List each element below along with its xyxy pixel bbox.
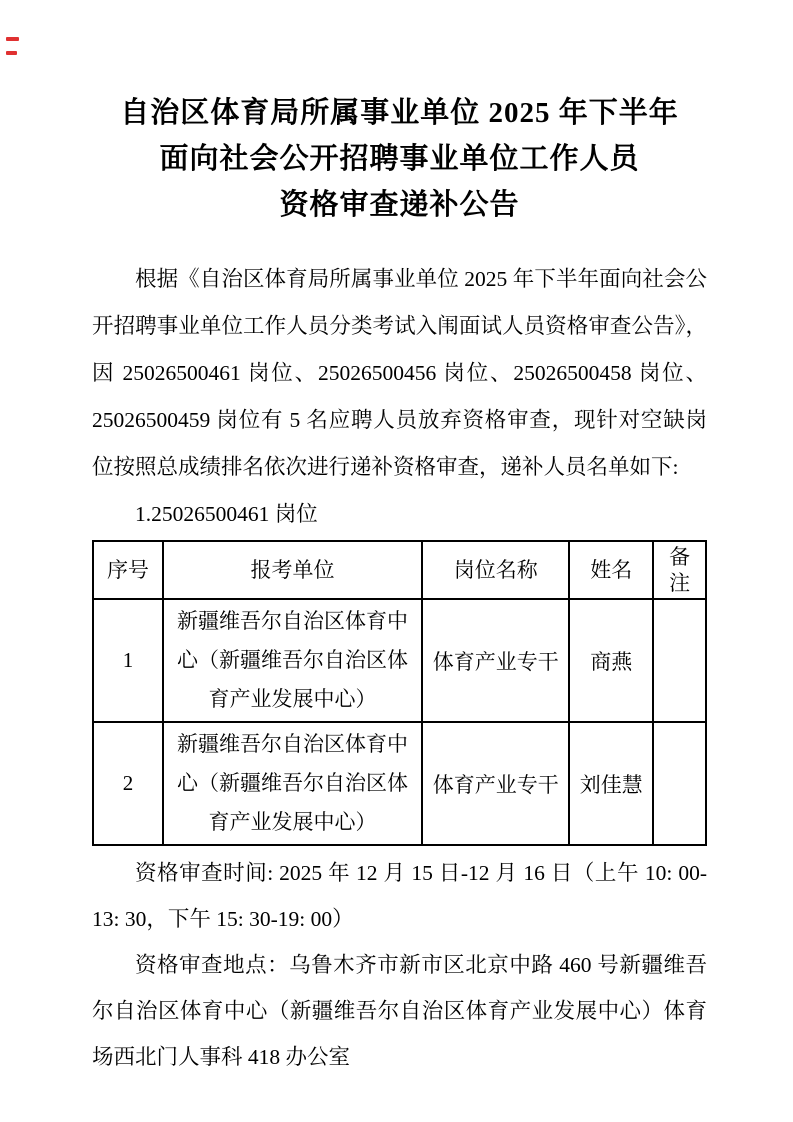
remark-cell — [653, 599, 706, 722]
col-header-unit: 报考单位 — [163, 541, 422, 599]
title-line-2: 面向社会公开招聘事业单位工作人员 — [92, 136, 707, 182]
position-cell: 体育产业专干 — [422, 722, 569, 845]
name-cell: 商燕 — [569, 599, 653, 722]
title-line-3: 资格审查递补公告 — [92, 182, 707, 228]
review-location-paragraph: 资格审查地点：乌鲁木齐市新市区北京中路 460 号新疆维吾尔自治区体育中心（新疆… — [92, 942, 707, 1080]
page-title: 自治区体育局所属事业单位 2025 年下半年 面向社会公开招聘事业单位工作人员 … — [92, 90, 707, 228]
col-header-remark: 备注 — [653, 541, 706, 599]
name-cell: 刘佳慧 — [569, 722, 653, 845]
col-header-name: 姓名 — [569, 541, 653, 599]
col-header-position: 岗位名称 — [422, 541, 569, 599]
seq-cell: 1 — [93, 599, 163, 722]
seq-cell: 2 — [93, 722, 163, 845]
red-pen-mark — [6, 51, 17, 55]
section-label: 1.25026500461 岗位 — [92, 491, 707, 538]
position-cell: 体育产业专干 — [422, 599, 569, 722]
unit-cell: 新疆维吾尔自治区体育中心（新疆维吾尔自治区体育产业发展中心） — [163, 599, 422, 722]
footer-paragraphs: 资格审查时间: 2025 年 12 月 15 日-12 月 16 日（上午 10… — [92, 850, 707, 1080]
table-row: 2 新疆维吾尔自治区体育中心（新疆维吾尔自治区体育产业发展中心） 体育产业专干 … — [93, 722, 706, 845]
table-row: 1 新疆维吾尔自治区体育中心（新疆维吾尔自治区体育产业发展中心） 体育产业专干 … — [93, 599, 706, 722]
document-page: 自治区体育局所属事业单位 2025 年下半年 面向社会公开招聘事业单位工作人员 … — [0, 0, 793, 1122]
table-header-row: 序号 报考单位 岗位名称 姓名 备注 — [93, 541, 706, 599]
unit-cell: 新疆维吾尔自治区体育中心（新疆维吾尔自治区体育产业发展中心） — [163, 722, 422, 845]
col-header-seq: 序号 — [93, 541, 163, 599]
remark-cell — [653, 722, 706, 845]
red-pen-mark — [6, 37, 19, 41]
review-time-paragraph: 资格审查时间: 2025 年 12 月 15 日-12 月 16 日（上午 10… — [92, 850, 707, 942]
roster-table: 序号 报考单位 岗位名称 姓名 备注 1 新疆维吾尔自治区体育中心（新疆维吾尔自… — [92, 540, 707, 846]
title-line-1: 自治区体育局所属事业单位 2025 年下半年 — [92, 90, 707, 136]
intro-paragraph: 根据《自治区体育局所属事业单位 2025 年下半年面向社会公开招聘事业单位工作人… — [92, 256, 707, 491]
